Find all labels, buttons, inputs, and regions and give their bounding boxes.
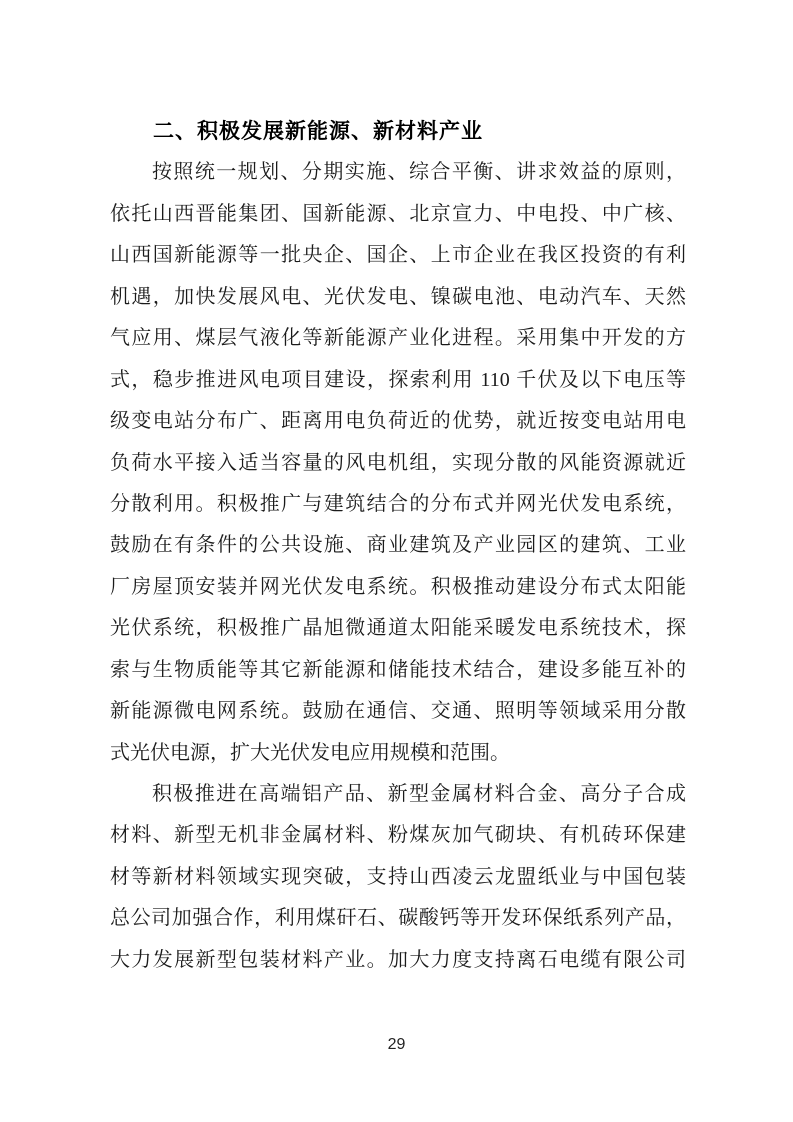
paragraph-line: 材料、新型无机非金属材料、粉煤灰加气砌块、有机砖环保建 — [110, 815, 686, 856]
paragraph-line: 积极推进在高端铝产品、新型金属材料合金、高分子合成 — [110, 774, 686, 815]
paragraph-line: 级变电站分布广、距离用电负荷近的优势，就近按变电站用电 — [110, 401, 686, 442]
section-heading: 二、积极发展新能源、新材料产业 — [110, 111, 686, 152]
paragraph-line: 索与生物质能等其它新能源和储能技术结合，建设多能互补的 — [110, 650, 686, 691]
paragraph-2: 积极推进在高端铝产品、新型金属材料合金、高分子合成 材料、新型无机非金属材料、粉… — [110, 774, 686, 981]
paragraph-line: 气应用、煤层气液化等新能源产业化进程。采用集中开发的方 — [110, 318, 686, 359]
paragraph-line: 山西国新能源等一批央企、国企、上市企业在我区投资的有利 — [110, 235, 686, 276]
page-number: 29 — [388, 1036, 406, 1053]
paragraph-line: 负荷水平接入适当容量的风电机组，实现分散的风能资源就近 — [110, 443, 686, 484]
page-footer: 29 — [0, 1036, 793, 1054]
paragraph-1: 按照统一规划、分期实施、综合平衡、讲求效益的原则， 依托山西晋能集团、国新能源、… — [110, 152, 686, 774]
paragraph-line: 大力发展新型包装材料产业。加大力度支持离石电缆有限公司 — [110, 940, 686, 981]
paragraph-line: 新能源微电网系统。鼓励在通信、交通、照明等领域采用分散 — [110, 691, 686, 732]
paragraph-line: 式光伏电源，扩大光伏发电应用规模和范围。 — [110, 733, 686, 774]
paragraph-line: 分散利用。积极推广与建筑结合的分布式并网光伏发电系统， — [110, 484, 686, 525]
paragraph-line: 依托山西晋能集团、国新能源、北京宣力、中电投、中广核、 — [110, 194, 686, 235]
paragraph-line: 式，稳步推进风电项目建设，探索利用 110 千伏及以下电压等 — [110, 360, 686, 401]
paragraph-line: 厂房屋顶安装并网光伏发电系统。积极推动建设分布式太阳能 — [110, 567, 686, 608]
paragraph-line: 材等新材料领域实现突破，支持山西凌云龙盟纸业与中国包装 — [110, 857, 686, 898]
paragraph-line: 鼓励在有条件的公共设施、商业建筑及产业园区的建筑、工业 — [110, 525, 686, 566]
paragraph-line: 按照统一规划、分期实施、综合平衡、讲求效益的原则， — [110, 152, 686, 193]
paragraph-line: 光伏系统，积极推广晶旭微通道太阳能采暖发电系统技术，探 — [110, 608, 686, 649]
paragraph-line: 机遇，加快发展风电、光伏发电、镍碳电池、电动汽车、天然 — [110, 277, 686, 318]
document-page: 二、积极发展新能源、新材料产业 按照统一规划、分期实施、综合平衡、讲求效益的原则… — [0, 0, 793, 1122]
paragraph-line: 总公司加强合作，利用煤矸石、碳酸钙等开发环保纸系列产品， — [110, 898, 686, 939]
document-content: 二、积极发展新能源、新材料产业 按照统一规划、分期实施、综合平衡、讲求效益的原则… — [110, 111, 686, 981]
